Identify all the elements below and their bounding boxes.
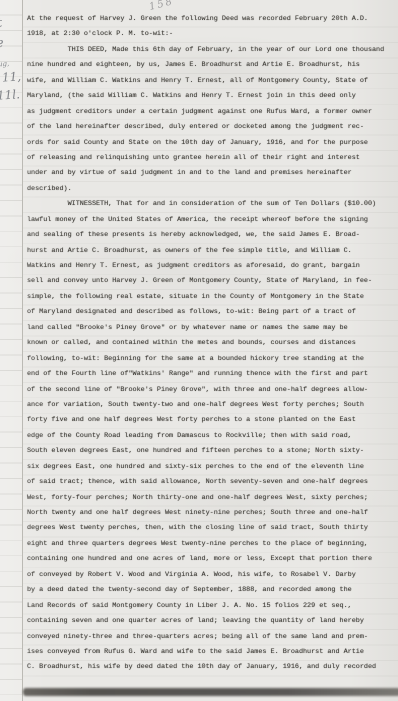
typewritten-text-line: eight and three quarters degrees West tw… (27, 537, 395, 552)
typewritten-text-line: ords for said County and State on the 10… (27, 136, 395, 151)
margin-handwriting-mark: ug, (0, 60, 9, 69)
margin-handwriting-mark: e (0, 36, 4, 52)
typewritten-text-line: Land Records of said Montgomery County i… (27, 599, 395, 614)
typewritten-text-line: THIS DEED, Made this 6th day of February… (27, 43, 395, 58)
typewritten-text-line: hurst and Artie C. Broadhurst, as owners… (27, 244, 395, 259)
typewritten-text-line: of releasing and relinquishing unto gran… (27, 151, 395, 166)
left-margin-column (0, 0, 23, 701)
typewritten-text-line: forty five and one half degrees West for… (27, 413, 395, 428)
typewritten-text-line: of said tract; thence, with said allowan… (27, 475, 395, 490)
typewritten-text-line: WITNESSETH, That for and in consideratio… (27, 197, 395, 212)
typewritten-text-line: land called "Brooke's Piney Grove" or by… (27, 321, 395, 336)
scanned-deed-page: t e ug, 11, 11l. 158 At the request of H… (0, 0, 398, 701)
typewritten-text-line: simple, the following real estate, situa… (27, 290, 395, 305)
margin-handwriting-mark: 11, (2, 69, 22, 84)
typewritten-text-line: ises conveyed from Rufus G. Ward and wif… (27, 645, 395, 660)
typewritten-text-line: West, forty-four perches; North thirty-o… (27, 491, 395, 506)
page-edge-shadow (23, 688, 398, 696)
typewritten-text-line: ance for variation, South twenty-two and… (27, 398, 395, 413)
typewritten-text-line: as judgment creditors under a certain ju… (27, 105, 395, 120)
margin-handwriting-mark: 11l. (0, 87, 20, 103)
typewritten-text-line: Watkins and Henry T. Ernest, as judgment… (27, 259, 395, 274)
typewritten-text-line: following, to-wit: Beginning for the sam… (27, 352, 395, 367)
handwritten-page-number: 158 (148, 0, 175, 13)
typewritten-text-line: of the land hereinafter described, duly … (27, 120, 395, 135)
typewritten-text-line: six degrees East, one hundred and sixty-… (27, 460, 395, 475)
typewritten-text-line: North twenty and one half degrees West n… (27, 506, 395, 521)
typewritten-text-line: containing seven and one quarter acres o… (27, 614, 395, 629)
typewritten-text-line: edge of the County Road leading from Dam… (27, 429, 395, 444)
typewritten-text-line: end of the Fourth line of"Watkins' Range… (27, 367, 395, 382)
typewritten-text-line: of conveyed by Robert V. Wood and Virgin… (27, 568, 395, 583)
typewritten-text-line: Maryland, (the said William C. Watkins a… (27, 89, 395, 104)
typewritten-text-line: wife, and William C. Watkins and Henry T… (27, 74, 395, 89)
typewritten-text-line: known or called, and contained within th… (27, 336, 395, 351)
typewritten-text-line: of the second line of "Brooke's Piney Gr… (27, 383, 395, 398)
typewritten-text-line: sell and convey unto Harvey J. Green of … (27, 274, 395, 289)
typewritten-text-line: under and by virtue of said judgment in … (27, 166, 395, 181)
typewritten-text-line: and sealing of these presents is hereby … (27, 228, 395, 243)
typewritten-text-line: by a deed dated the twenty-second day of… (27, 583, 395, 598)
typewritten-text-line: degrees West twenty perches, then, with … (27, 521, 395, 536)
typewritten-text-line: nine hundred and eighteen, by us, James … (27, 58, 395, 73)
typewritten-text-line: lawful money of the United States of Ame… (27, 213, 395, 228)
typewritten-text-line: of Maryland designated and described as … (27, 305, 395, 320)
deed-body-text: At the request of Harvey J. Green the fo… (27, 12, 395, 676)
typewritten-text-line: containing one hundred and one acres of … (27, 552, 395, 567)
typewritten-text-line: 1918, at 2:30 o'clock P. M. to-wit:- (27, 27, 395, 42)
typewritten-text-line: described). (27, 182, 395, 197)
typewritten-text-line: conveyed ninety-three and three-quarters… (27, 630, 395, 645)
typewritten-text-line: At the request of Harvey J. Green the fo… (27, 12, 395, 27)
typewritten-text-line: C. Broadhurst, his wife by deed dated th… (27, 660, 395, 675)
typewritten-text-line: South eleven degrees East, one hundred a… (27, 444, 395, 459)
